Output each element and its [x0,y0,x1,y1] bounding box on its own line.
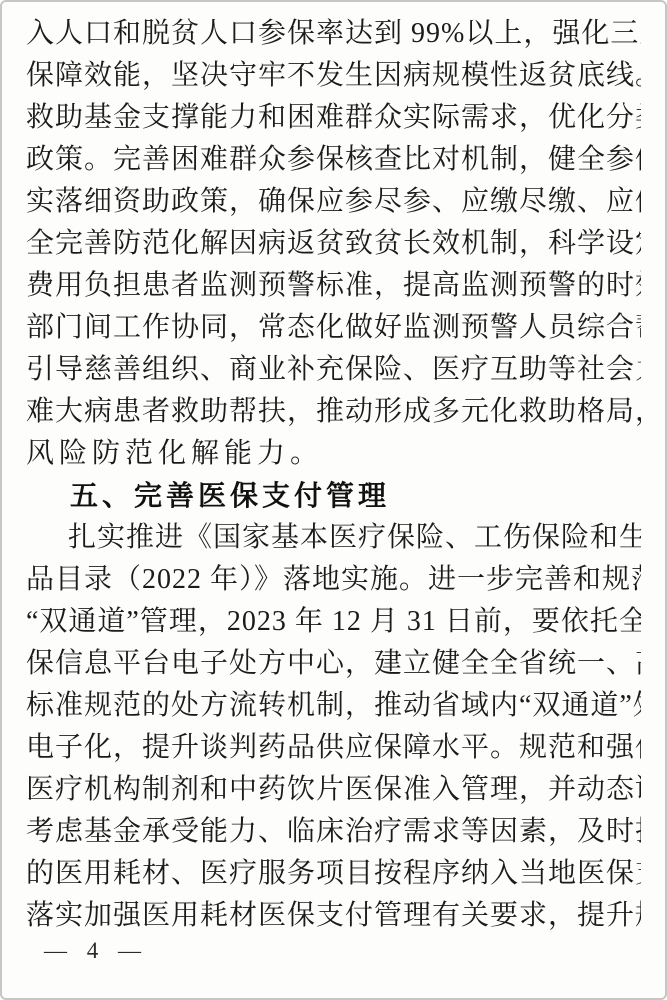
paragraph-line: 品目录（2022 年）》落地实施。进一步完善和规范谈判药品 [26,559,641,601]
paragraph-line: 难大病患者救助帮扶，推动形成多元化救助格局，整体提升 [26,391,641,433]
paragraph-line: 落实加强医用耗材医保支付管理有关要求，提升规范化、科 [26,895,641,937]
paragraph-line: 救助基金支撑能力和困难群众实际需求，优化分类资助参保 [26,97,641,139]
document-body: 入人口和脱贫人口参保率达到 99%以上，强化三重制度综合 保障效能，坚决守牢不发… [2,2,665,937]
paragraph-line: 扎实推进《国家基本医疗保险、工伤保险和生育保险药 [26,517,641,559]
paragraph-line: 实落细资助政策，确保应参尽参、应缴尽缴、应保尽保。健 [26,181,641,223]
paragraph-line: 引导慈善组织、商业补充保险、医疗互助等社会力量参与困 [26,349,641,391]
paragraph-line: 医疗机构制剂和中药饮片医保准入管理，并动态调整。综合 [26,769,641,811]
paragraph-line: 标准规范的处方流转机制，推动省域内“双通道”处方流转 [26,685,641,727]
paragraph-line: 考虑基金承受能力、临床治疗需求等因素，及时把符合条件 [26,811,641,853]
paragraph-line: 保信息平台电子处方中心，建立健全全省统一、高效运转、 [26,643,641,685]
paragraph-line: 政策。完善困难群众参保核查比对机制，健全参保台账，落 [26,139,641,181]
paragraph-line: 保障效能，坚决守牢不发生因病规模性返贫底线。立足医疗 [26,55,641,97]
paragraph-line: 全完善防范化解因病返贫致贫长效机制，科学设定高额医疗 [26,223,641,265]
paragraph-line: 风险防范化解能力。 [26,433,641,475]
document-page: 入人口和脱贫人口参保率达到 99%以上，强化三重制度综合 保障效能，坚决守牢不发… [0,0,667,1000]
paragraph-line: “双通道”管理，2023 年 12 月 31 日前，要依托全国统一的医 [26,601,641,643]
paragraph-line: 的医用耗材、医疗服务项目按程序纳入当地医保支付范围。 [26,853,641,895]
paragraph-line: 电子化，提升谈判药品供应保障水平。规范和强化民族药、 [26,727,641,769]
paragraph-line: 费用负担患者监测预警标准，提高监测预警的时效性。加强 [26,265,641,307]
paragraph-line: 部门间工作协同，常态化做好监测预警人员综合帮扶，积极 [26,307,641,349]
paragraph-line: 入人口和脱贫人口参保率达到 99%以上，强化三重制度综合 [26,13,641,55]
section-heading: 五、完善医保支付管理 [26,475,641,517]
page-number: — 4 — [44,938,148,964]
